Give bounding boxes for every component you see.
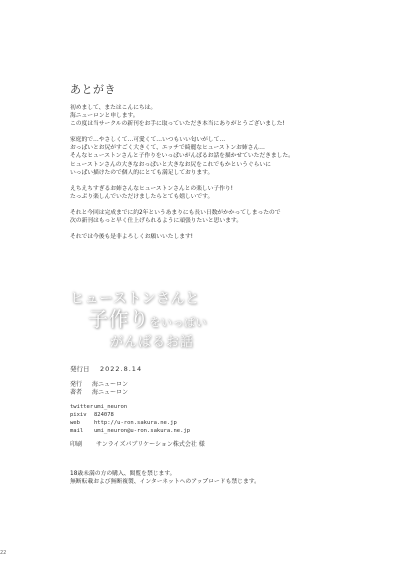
title-sub: をいっぱい [150,316,208,329]
author-value: 海ニューロン [92,389,128,397]
text-line: 初めまして、またはこんにちは。 [70,104,390,112]
text-line: ヒューストンさんの大きなおっぱいと大きなお尻をこれでもかというぐらいに [70,161,390,169]
text-line: 家庭的で…やさしくて…可愛くて…いつもいい匂いがして… [70,136,390,144]
contact-row-mail: mail umi_neuron@u-ron.sakura.ne.jp [70,427,205,435]
text-line: たっぷり楽しんでいただけましたらとても嬉しいです。 [70,193,390,201]
title-main: 子作り [88,307,150,331]
afterword-heading: あとがき [70,81,116,97]
printer-value: サンライズパブリケーション株式会社 様 [96,441,205,449]
paragraph-description: 家庭的で…やさしくて…可愛くて…いつもいい匂いがして… おっぱいとお尻がすごく大… [70,136,390,176]
text-line: 次の新刊はもっと早く仕上げられるように頑張りたいと思います。 [70,217,390,225]
paragraph-next: それと今回は完成までに約2年というあまりにも長い日数がかかってしまったので 次の… [70,209,390,225]
book-title-logo: ヒューストンさんと 子作りをいっぱい がんばるお話 [70,290,270,352]
contact-row-twitter: twitter umi_neuron [70,403,205,411]
contact-label: mail [70,427,94,435]
notice-line: 18歳未満の方の購入、閲覧を禁じます。 [70,470,260,478]
text-line: えちえちすぎるお姉さんなヒューストンさんとの楽しい子作り! [70,185,390,193]
text-line: いっぱい描けたので個人的にとても満足しております。 [70,169,390,177]
publisher-value: 海ニューロン [92,381,128,389]
contact-value: umi_neuron [94,403,127,411]
text-line: この度は当サークルの新刊をお手に取っていただき本当にありがとうございました! [70,120,390,128]
text-line: そんなヒューストンさんと子作りをいっぱいがんばるお話を描かせていただきました。 [70,152,390,160]
page-number: 22 [0,550,6,556]
contact-value: umi_neuron@u-ron.sakura.ne.jp [94,427,190,435]
paragraph-closing: それでは今後も是非よろしくお願いいたします! [70,233,390,241]
legal-notice: 18歳未満の方の購入、閲覧を禁じます。 無断転載および無断複製、インターネットへ… [70,470,260,486]
title-line-1: ヒューストンさんと [70,290,270,308]
contact-value: 824078 [94,411,114,419]
text-line: それでは今後も是非よろしくお願いいたします! [70,233,390,241]
issue-date-row: 発行日 2022.8.14 [70,365,205,373]
title-line-2: 子作りをいっぱい [88,308,270,334]
author-label: 著者 [70,389,92,397]
text-line: それと今回は完成までに約2年というあまりにも長い日数がかかってしまったので [70,209,390,217]
title-line-3: がんばるお話 [110,334,270,352]
contact-label: twitter [70,403,94,411]
text-line: おっぱいとお尻がすごく大きくて、エッチで綺麗なヒューストンお姉さん… [70,144,390,152]
printer-row: 印刷 サンライズパブリケーション株式会社 様 [70,441,205,449]
contact-row-pixiv: pixiv 824078 [70,411,205,419]
afterword-body: 初めまして、またはこんにちは。 海ニューロンと申します。 この度は当サークルの新… [70,104,390,249]
contact-label: pixiv [70,411,94,419]
printer-label: 印刷 [70,441,92,449]
issue-date-label: 発行日 [70,365,94,373]
paragraph-greeting: 初めまして、またはこんにちは。 海ニューロンと申します。 この度は当サークルの新… [70,104,390,128]
contact-value: http://u-ron.sakura.ne.jp [94,419,177,427]
publisher-row: 発行 海ニューロン [70,381,205,389]
author-row: 著者 海ニューロン [70,389,205,397]
afterword-page: あとがき 初めまして、またはこんにちは。 海ニューロンと申します。 この度は当サ… [0,0,400,570]
paragraph-enjoy: えちえちすぎるお姉さんなヒューストンさんとの楽しい子作り! たっぷり楽しんでいた… [70,185,390,201]
issue-date-value: 2022.8.14 [100,365,142,373]
colophon: 発行日 2022.8.14 発行 海ニューロン 著者 海ニューロン twitte… [70,365,205,449]
publisher-label: 発行 [70,381,92,389]
contact-label: web [70,419,94,427]
notice-line: 無断転載および無断複製、インターネットへのアップロードも禁じます。 [70,478,260,486]
contact-row-web: web http://u-ron.sakura.ne.jp [70,419,205,427]
text-line: 海ニューロンと申します。 [70,112,390,120]
